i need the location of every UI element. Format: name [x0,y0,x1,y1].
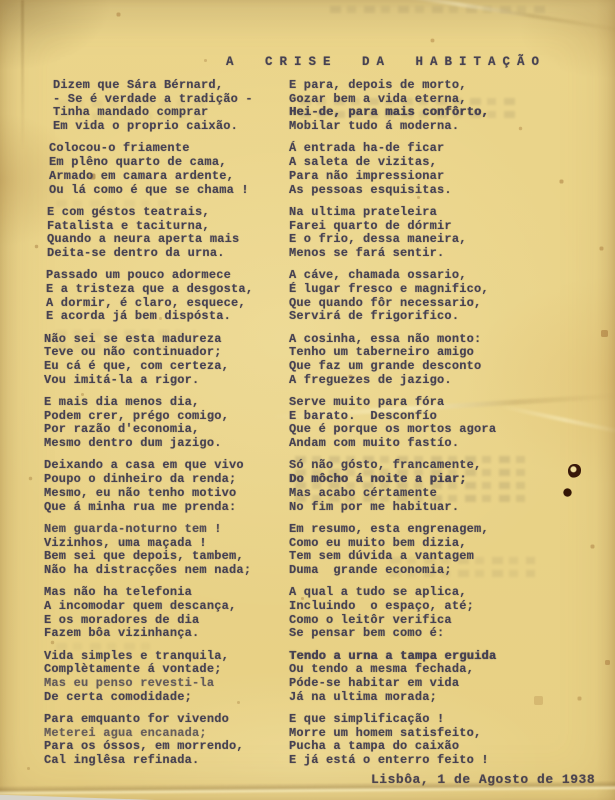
poem-line: Se pensar bem como é: [289,627,589,641]
stanza-row: Mas não ha telefoniaA incomodar quem des… [44,586,589,641]
stanza-right: Á entrada ha-de ficarA saleta de vizitas… [289,142,589,197]
poem-line: Na ultima prateleira [289,206,589,220]
stanza-left: Para emquanto for vivendoMeterei agua en… [44,713,289,768]
poem-line: Nem guarda-noturno tem ! [44,523,289,537]
poem-line: As pessoas esquisitas. [289,184,589,198]
stanza-right: Só não gósto, francamente,Do môcho á noi… [289,459,589,514]
poem-line: Para emquanto for vivendo [44,713,289,727]
stanza-left: Colocou-o friamenteEm plêno quarto de ca… [44,142,289,197]
poem-line: Menos se fará sentir. [289,247,589,261]
stanza-right: E para, depois de morto,Gozar bem a vida… [289,79,589,134]
stanza-right: Na ultima prateleiraFarei quarto de dórm… [289,206,589,261]
poem-line: Teve ou não continuador; [44,346,289,360]
poem-line: Para não impressionar [289,170,589,184]
poem-line: Tem sem dúvida a vantagem [289,550,589,564]
poem-line: E para, depois de morto, [289,79,589,93]
poem-line: Incluindo o espaço, até; [289,600,589,614]
poem-line: Mas acabo cértamente [289,487,589,501]
poem-line: Ou tendo a mesma fechada, [289,663,589,677]
poem-line: Serve muito para fóra [289,396,589,410]
poem-line: Bem sei que depois, tambem, [44,550,289,564]
poem-line: Em resumo, esta engrenagem, [289,523,589,537]
poem-line: E já está o enterro feito ! [289,754,589,768]
stanza-right: A qual a tudo se aplica,Incluindo o espa… [289,586,589,641]
stanza-right: Tendo a urna a tampa erguidaOu tendo a m… [289,650,589,705]
poem-line: Quando a neura aperta mais [47,233,289,247]
poem-line: No fim por me habituar. [289,501,589,515]
poem-line: Passado um pouco adormece [46,269,289,283]
poem-line: Não ha distracções nem nada; [44,564,289,578]
scanner-background-sliver [0,792,155,800]
poem-line: Ou lá como é que se chama ! [49,184,289,198]
poem-line: A cáve, chamada ossario, [289,269,589,283]
poem-line: Póde-se habitar em vida [289,677,589,691]
poem-line: Em vida o proprio caixão. [53,120,289,134]
poem-line: Mesmo dentro dum jazigo. [44,437,289,451]
poem-line: Que faz um grande desconto [289,360,589,374]
fold-crease [21,0,24,150]
dateline: Lisbôa, 1 de Agosto de 1938 [371,772,595,787]
stanza-left: E mais dia menos dia,Podem crer, prégo c… [44,396,289,451]
poem-line: Poupo o dinheiro da renda; [44,473,289,487]
poem-line: A freguezes de jazigo. [289,374,589,388]
stanza-row: E mais dia menos dia,Podem crer, prégo c… [44,396,589,451]
stanza-row: Para emquanto for vivendoMeterei agua en… [44,713,589,768]
poem-line: Servirá de frigorifico. [289,310,589,324]
stanza-row: Dizem que Sára Bérnard,- Se é verdade a … [44,79,589,134]
poem-line: Complètamente á vontade; [44,663,289,677]
stanza-row: Não sei se esta madurezaTeve ou não cont… [44,333,589,388]
poem-line: Cal inglêsa refinada. [44,754,289,768]
poem-line: Tenho um taberneiro amigo [289,346,589,360]
foxing-specks [0,0,1,1]
poem-line: E que simplificação ! [289,713,589,727]
stanza-row: Vida simples e tranquila,Complètamente á… [44,650,589,705]
poem-line: Dizem que Sára Bérnard, [53,79,289,93]
poem-body: Dizem que Sára Bérnard,- Se é verdade a … [44,79,589,776]
poem-line: Mas não ha telefonia [44,586,289,600]
stanza-right: A cosinha, essa não monto:Tenho um taber… [289,333,589,388]
poem-line: A qual a tudo se aplica, [289,586,589,600]
stanza-left: Nem guarda-noturno tem !Vizinhos, uma ma… [44,523,289,578]
fold-crease [386,0,615,33]
stanza-left: Deixando a casa em que vivoPoupo o dinhe… [44,459,289,514]
poem-line: Duma grande economia; [289,564,589,578]
poem-line: E com géstos teatrais, [47,206,289,220]
bleed-through-smudge [330,6,545,19]
poem-line: Eu cá é que, com certeza, [44,360,289,374]
poem-line: Que á minha rua me prenda: [44,501,289,515]
poem-line: De certa comodidade; [44,691,289,705]
stanza-row: Colocou-o friamenteEm plêno quarto de ca… [44,142,589,197]
poem-line: Armado em camara ardente, [49,170,289,184]
poem-line: A saleta de vizitas, [289,156,589,170]
stanza-row: Nem guarda-noturno tem !Vizinhos, uma ma… [44,523,589,578]
poem-line: E acorda já bem dispósta. [46,310,289,324]
poem-line: Meterei agua encanada; [44,727,289,741]
stanza-right: E que simplificação !Morre um homem sati… [289,713,589,768]
stanza-right: Serve muito para fóraE barato. Desconfío… [289,396,589,451]
scanned-document-page: A CRISE DA HABITAÇÃO Dizem que Sára Bérn… [0,0,615,800]
poem-line: Andam com muito fastío. [289,437,589,451]
poem-line: Mesmo, eu não tenho motivo [44,487,289,501]
stanza-left: Não sei se esta madurezaTeve ou não cont… [44,333,289,388]
stanza-right: Em resumo, esta engrenagem,Como eu muito… [289,523,589,578]
stanza-left: Mas não ha telefoniaA incomodar quem des… [44,586,289,641]
poem-line: É lugar fresco e magnifico, [289,283,589,297]
stanza-right: A cáve, chamada ossario,É lugar fresco e… [289,269,589,324]
stanza-row: E com géstos teatrais,Fatalista e tacitu… [44,206,589,261]
stanza-left: E com géstos teatrais,Fatalista e tacitu… [44,206,289,261]
poem-line: Mas eu penso revesti-la [44,677,289,691]
stanza-row: Passado um pouco adormeceE a tristeza qu… [44,269,589,324]
poem-line: A incomodar quem descança, [44,600,289,614]
stanza-left: Passado um pouco adormeceE a tristeza qu… [44,269,289,324]
poem-title: A CRISE DA HABITAÇÃO [226,55,546,69]
stanza-row: Deixando a casa em que vivoPoupo o dinhe… [44,459,589,514]
poem-line: E mais dia menos dia, [44,396,289,410]
poem-line: E o frio, dessa maneira, [289,233,589,247]
poem-line: Fazem bôa vizinhança. [44,627,289,641]
poem-line: Mobilar tudo á moderna. [289,120,589,134]
poem-line: Em plêno quarto de cama, [49,156,289,170]
poem-line: Vou imitá-la a rigor. [44,374,289,388]
poem-line: Deita-se dentro da urna. [47,247,289,261]
stanza-left: Vida simples e tranquila,Complètamente á… [44,650,289,705]
poem-line: Do môcho á noite a piar; [289,473,589,487]
stanza-left: Dizem que Sára Bérnard,- Se é verdade a … [44,79,289,134]
poem-line: Já na ultima morada; [289,691,589,705]
poem-line: E a tristeza que a desgosta, [46,283,289,297]
